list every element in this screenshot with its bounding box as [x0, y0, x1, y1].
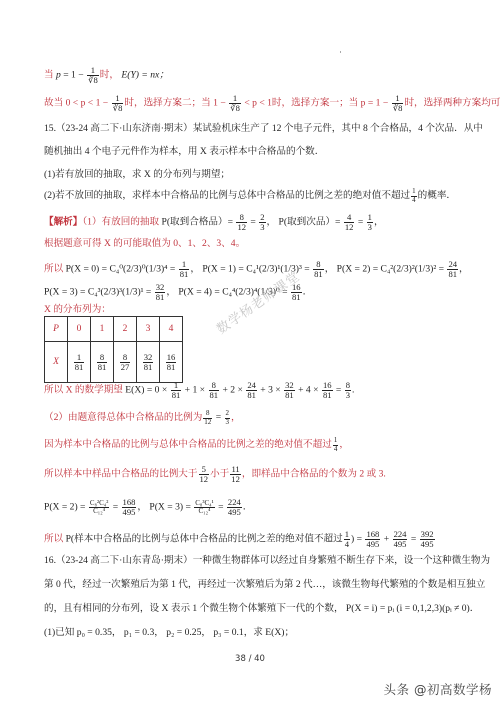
q15-stem-2: 随机抽出 4 个电子元件作为样本，用 X 表示样本中合格品的个数． — [44, 145, 324, 159]
range-line: 所以样本中样品中合格品的比例大于512小于1112，即样品中合格品的个数为 2 … — [44, 465, 386, 484]
fraction: 1∛8 — [392, 94, 404, 113]
prev-answer-line-1: 当 p = 1 − 1∛8时， E(Y) = nx； — [44, 66, 169, 85]
text: 当 — [44, 70, 54, 81]
expectation-line: 所以 X 的数学期望 E(X) = 0 × 181 + 1 × 881 + 2 … — [44, 381, 354, 400]
distribution-label: X 的分布列为： — [44, 303, 111, 317]
q16-stem-2: 第 0 代，经过一次繁殖后为第 1 代，再经过一次繁殖后为第 2 代…，该微生物… — [44, 578, 485, 592]
text: 时，选择方案二；当 1 − — [124, 98, 228, 109]
values-line: 根据题意可得 X 的可能取值为 0、1、2、3、4。 — [44, 237, 245, 251]
math: = 1 − — [61, 70, 86, 81]
table-header-cell: X — [45, 342, 68, 383]
table-header-cell: P — [45, 317, 68, 342]
table-cell: 0 — [68, 317, 91, 342]
table-cell: 1 — [91, 317, 114, 342]
table-cell: 3281 — [137, 342, 160, 383]
fraction: 1∛8 — [112, 94, 124, 113]
table-cell: 181 — [68, 342, 91, 383]
prob-line-1: 所以 P(X = 0) = C₄⁰(2/3)⁰(1/3)⁴ = 181， P(X… — [44, 260, 469, 279]
q15-part-1: (1)若有放回的抽取，求 X 的分布列与期望； — [44, 168, 230, 182]
text: 时，选择两种方案均可. — [404, 98, 500, 109]
fraction: 1∛8 — [87, 66, 99, 85]
brand-watermark: 头条 @初高数学杨 — [384, 680, 492, 698]
table-cell: 3 — [137, 317, 160, 342]
solution-line-1: 【解析】（1）有放回的抽取 P(取到合格品）= 812 = 23， P(取到次品… — [44, 213, 384, 232]
math: E(Y) = nx； — [121, 70, 169, 81]
text: 时， — [100, 70, 119, 81]
table-row: P 0 1 2 3 4 — [45, 317, 183, 342]
q16-part-1: (1)已知 p₀ = 0.35， p₁ = 0.3， p₂ = 0.25， p₃… — [44, 626, 294, 640]
final-answer-line: 所以 P(样本中合格品的比例与总体中合格品的比例之差的绝对值不超过14) = 1… — [44, 530, 436, 549]
solution-tag: 【解析】 — [44, 217, 82, 228]
table-row: X 181 881 827 3281 1681 — [45, 342, 183, 383]
fraction: 14 — [411, 188, 417, 204]
prev-answer-line-2: 故当 0 < p < 1 − 1∛8时，选择方案二；当 1 − 1∛8 < p … — [44, 94, 500, 113]
part2-ratio-line: （2）由题意得总体中合格品的比例为812 = 23， — [44, 410, 241, 426]
distribution-table: P 0 1 2 3 4 X 181 881 827 3281 1681 — [44, 316, 183, 383]
fraction: 1∛8 — [229, 94, 241, 113]
table-cell: 4 — [160, 317, 183, 342]
q16-stem-3: 的，且有相同的分布列，设 X 表示 1 个微生物个体繁殖下一代的个数， P(X … — [44, 602, 479, 616]
hypergeometric-line: P(X = 2) = C₈²C₄²C₁₂⁴ = 168495， P(X = 3)… — [44, 498, 252, 517]
q16-stem-1: 16.（23-24 高二下·山东青岛·期末）一种微生物群体可以经过自身繁殖不断生… — [44, 554, 490, 568]
because-line: 因为样本中合格品的比例与总体中合格品的比例之差的绝对值不超过14， — [44, 437, 349, 453]
table-cell: 1681 — [160, 342, 183, 383]
speck — [340, 51, 341, 53]
q15-part-2: (2)若不放回的抽取，求样本中合格品的比例与总体中合格品的比例之差的绝对值不超过… — [44, 188, 456, 204]
document-page: 当 p = 1 − 1∛8时， E(Y) = nx； 故当 0 < p < 1 … — [0, 0, 500, 707]
text: < p < 1时，选择方案一；当 p = 1 − — [242, 98, 391, 109]
table-cell: 827 — [114, 342, 137, 383]
table-cell: 2 — [114, 317, 137, 342]
table-cell: 881 — [91, 342, 114, 383]
page-number: 38 / 40 — [0, 654, 500, 664]
q15-stem-1: 15.（23-24 高二下·山东济南·期末）某试验机床生产了 12 个电子元件，… — [44, 122, 483, 136]
text: 故当 0 < p < 1 − — [44, 98, 111, 109]
